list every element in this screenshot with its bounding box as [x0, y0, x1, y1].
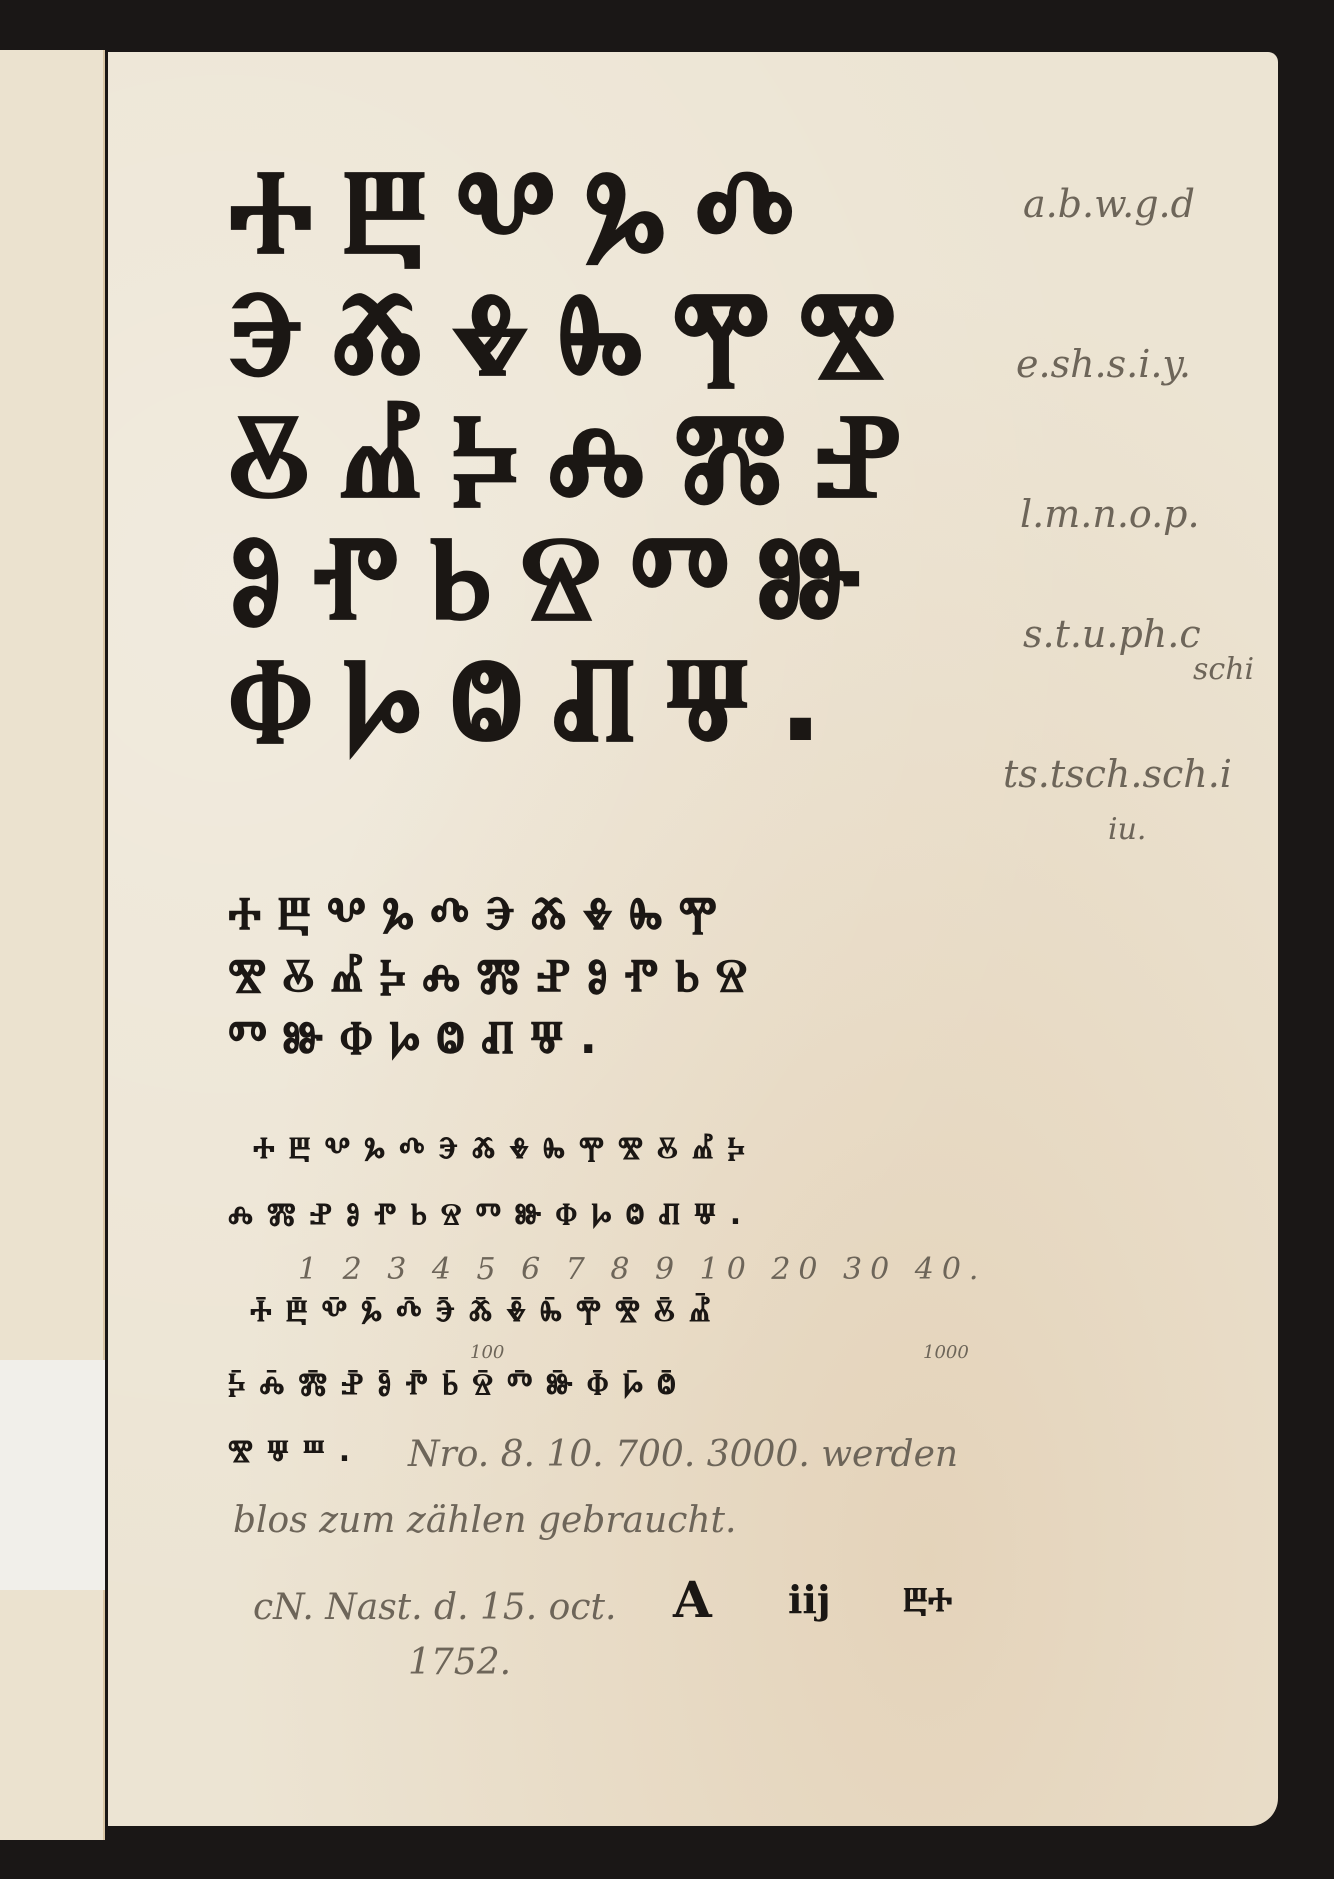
small-alphabet-row: ⰀⰁⰂⰃⰄⰅⰆⰇⰈⰉⰊⰋⰌⰍ	[253, 1134, 759, 1164]
margin-note: iu.	[1108, 812, 1146, 847]
facing-page-edge	[0, 50, 105, 1840]
large-alphabet-row: ⰋⰌⰍⰎⰏⰐ	[228, 396, 930, 514]
medium-alphabet-row: ⰀⰁⰂⰃⰄⰅⰆⰇⰈⰉ	[228, 890, 733, 936]
margin-note: e.sh.s.i.y.	[1016, 342, 1191, 386]
margin-note: s.t.u.ph.c	[1023, 612, 1201, 656]
handwritten-note: Nro. 8. 10. 700. 3000. werden	[408, 1434, 958, 1475]
signature-mark: A	[673, 1570, 712, 1629]
book-page: ⰀⰁⰂⰃⰄ ⰅⰆⰇⰈⰉⰊ ⰋⰌⰍⰎⰏⰐ ⰑⰒⰓⰔⰕⰖ ⰗⰘⰙⰚⰛ. a.b.w.…	[108, 52, 1278, 1826]
superscript-100: 100	[470, 1342, 504, 1363]
numeral-row: ⰊⰛⰞ.	[228, 1437, 364, 1467]
margin-note: a.b.w.g.d	[1023, 182, 1195, 226]
handwritten-note: cN. Nast. d. 15. oct.	[253, 1587, 616, 1628]
handwritten-note: 1752.	[408, 1642, 511, 1683]
numeral-row: Ⰰ̄Ⰱ̄Ⰲ̄Ⰳ̄Ⰴ̄Ⰵ̄Ⰶ̄Ⰷ̄Ⰸ̄Ⰹ̄Ⰺ̄Ⰻ̄Ⰼ̄	[250, 1297, 724, 1327]
margin-note: l.m.n.o.p.	[1020, 492, 1200, 536]
large-alphabet-row: ⰀⰁⰂⰃⰄ	[228, 152, 823, 270]
small-alphabet-row: ⰎⰏⰐⰑⰒⰓⰔⰕⰖⰗⰘⰙⰚⰛ.	[228, 1200, 755, 1230]
handwritten-note: blos zum zählen gebraucht.	[233, 1500, 736, 1541]
large-alphabet-row: ⰅⰆⰇⰈⰉⰊ	[228, 274, 925, 392]
medium-alphabet-row: ⰊⰋⰌⰍⰎⰏⰐⰑⰒⰓⰔ	[228, 952, 763, 998]
paper-repair-patch	[0, 1360, 105, 1590]
large-alphabet-row: ⰑⰒⰓⰔⰕⰖ	[228, 518, 890, 636]
margin-note: schi	[1193, 652, 1254, 687]
superscript-1000: 1000	[923, 1342, 969, 1363]
catchword: ⰁⰀ	[903, 1580, 952, 1620]
numeral-labels: 1 2 3 4 5 6 7 8 9 10 20 30 40.	[298, 1252, 986, 1287]
numeral-row: Ⰽ̄Ⰾ̄Ⰿ̄Ⱀ̄Ⱁ̄Ⱂ̄Ⱃ̄Ⱄ̄Ⱅ̄Ⱆ̄Ⱇ̄Ⱈ̄Ⱉ̄	[228, 1370, 690, 1400]
large-alphabet-row: ⰗⰘⰙⰚⰛ.	[228, 640, 851, 758]
folio-number: iij	[788, 1577, 831, 1622]
margin-note: ts.tsch.sch.i	[1003, 752, 1232, 796]
medium-alphabet-row: ⰕⰖⰗⰘⰙⰚⰛ.	[228, 1014, 613, 1060]
